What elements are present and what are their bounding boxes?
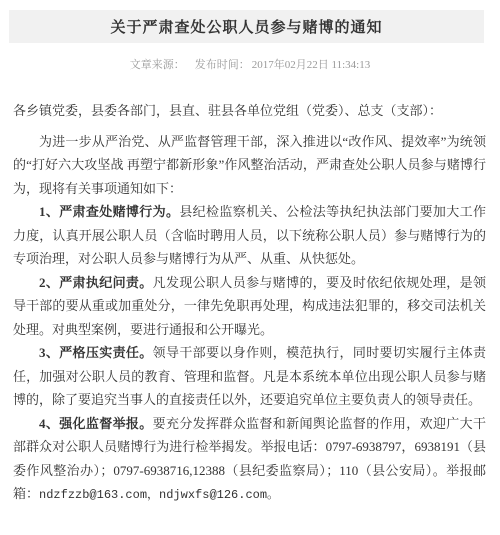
meta-source-label: 文章来源： bbox=[130, 59, 185, 71]
notice-body: 各乡镇党委，县委各部门，县直、驻县各单位党组（党委）、总支（支部）： 为进一步从… bbox=[13, 99, 486, 508]
title-band: 关于严肃查处公职人员参与赌博的通知 bbox=[9, 10, 484, 43]
item-paragraph-1: 1、严肃查处赌博行为。县纪检监察机关、公检法等执纪执法部门要加大工作力度，认真开… bbox=[13, 200, 486, 271]
intro-paragraph: 为进一步从严治党、从严监督管理干部，深入推进以“改作风、提效率”为统领的“打好六… bbox=[13, 130, 486, 201]
salutation: 各乡镇党委，县委各部门，县直、驻县各单位党组（党委）、总支（支部）： bbox=[13, 99, 486, 123]
item-paragraph-2: 2、严肃执纪问责。凡发现公职人员参与赌博的，要及时依纪依规处理，是领导干部的要从… bbox=[13, 271, 486, 342]
item-3-heading: 3、严格压实责任。 bbox=[39, 345, 153, 360]
meta-line: 文章来源：发布时间：2017年02月22日 11:34:13 bbox=[0, 56, 500, 72]
item-2-heading: 2、严肃执纪问责。 bbox=[39, 275, 153, 290]
item-1-heading: 1、严肃查处赌博行为。 bbox=[39, 204, 179, 219]
item-4-heading: 4、强化监督举报。 bbox=[39, 416, 153, 431]
item-paragraph-3: 3、严格压实责任。领导干部要以身作则，模范执行，同时要切实履行主体责任，加强对公… bbox=[13, 341, 486, 412]
item-paragraph-4: 4、强化监督举报。要充分发挥群众监督和新闻舆论监督的作用，欢迎广大干部群众对公职… bbox=[13, 412, 486, 508]
notice-page: 关于严肃查处公职人员参与赌博的通知 文章来源：发布时间：2017年02月22日 … bbox=[0, 0, 500, 535]
meta-publish-label: 发布时间： bbox=[195, 59, 250, 71]
meta-publish-datetime: 2017年02月22日 11:34:13 bbox=[252, 59, 370, 71]
report-emails: ndzfzzb@163.com，ndjwxfs@126.com。 bbox=[39, 488, 279, 502]
page-title: 关于严肃查处公职人员参与赌博的通知 bbox=[110, 16, 382, 37]
